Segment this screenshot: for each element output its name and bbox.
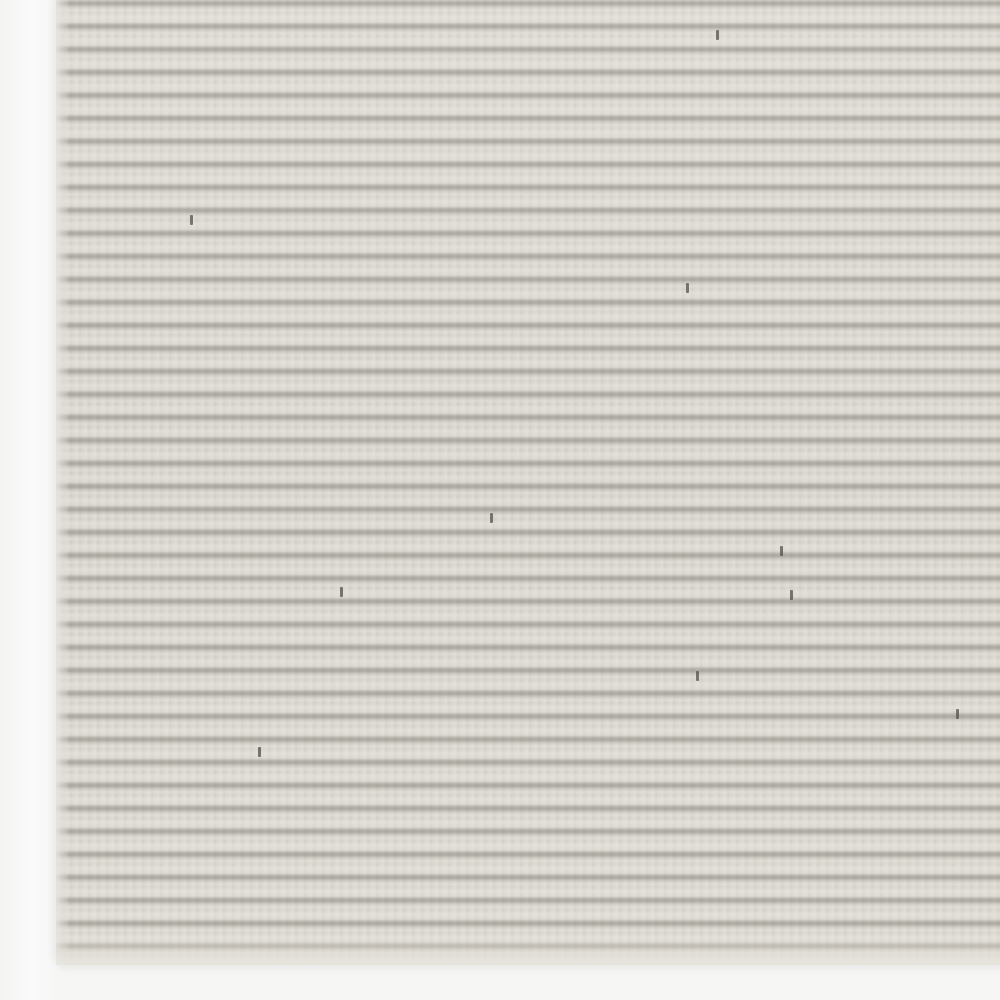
dark-fiber-speck [956, 709, 959, 719]
dark-fiber-speck [686, 283, 689, 293]
dark-fiber-speck [696, 671, 699, 681]
dark-fiber-speck [790, 590, 793, 600]
rug-bottom-edge [56, 943, 1000, 965]
dark-fiber-speck [716, 30, 719, 40]
dark-fiber-speck [780, 546, 783, 556]
dark-fiber-speck [490, 513, 493, 523]
dark-fiber-speck [190, 215, 193, 225]
rug-left-edge [56, 0, 68, 965]
dark-fiber-speck [258, 747, 261, 757]
dark-fiber-speck [340, 587, 343, 597]
rug-texture [56, 0, 1000, 965]
